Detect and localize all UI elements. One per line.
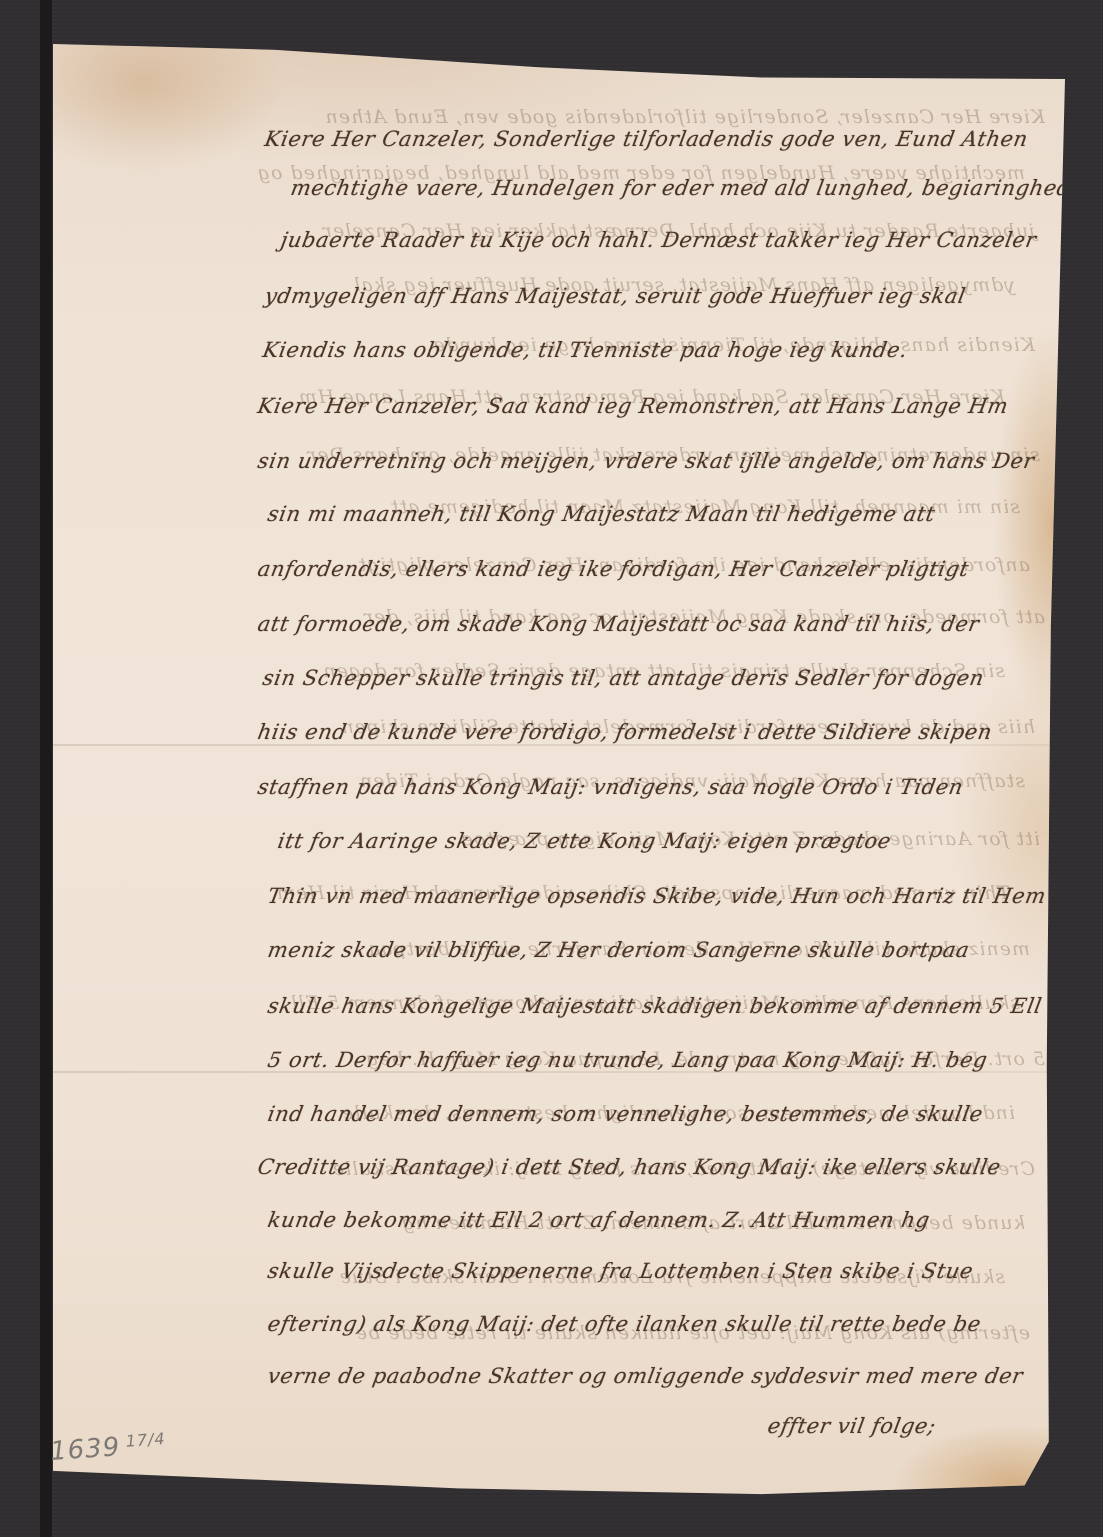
letter-line: jubaerte Raader tu Kije och hahl. Dernæs… [279,228,1039,252]
letter-line: skulle hans Kongelige Maijestatt skadige… [266,994,1044,1018]
letter-line: ind handel med dennem, som vennelighe, b… [266,1102,985,1126]
annotation-day-month: 17/4 [125,1429,166,1451]
letter-line-closing: effter vil folge; [766,1414,938,1438]
annotation-year: 1639 [49,1432,121,1467]
letter-line: att formoede, om skade Kong Maijestatt o… [256,612,982,636]
binding-edge [40,0,52,1537]
letter-line: mechtighe vaere, Hundelgen for eder med … [289,176,1103,200]
manuscript-page: Kiere Her Canzeler, Sonderlige tilforlad… [53,44,1065,1500]
letter-line: Kiendis hans obligende, til Tienniste pa… [261,338,910,362]
letter-line: eftering) als Kong Maij: det ofte ilanke… [266,1312,983,1336]
letter-line: sin underretning och meijgen, vrdere ska… [256,449,1037,473]
letter-line: Kiere Her Canzeler, Sonderlige tilforlad… [263,127,1030,151]
letter-line: 5 ort. Derfor haffuer ieg nu trunde, Lan… [266,1048,990,1072]
letter-body: Kiere Her Canzeler, Sonderlige tilforlad… [53,44,1065,1500]
letter-line: skulle Vijsdecte Skippenerne fra Lottemb… [266,1259,975,1283]
letter-line: ydmygeligen aff Hans Maijestat, seruit g… [263,284,968,308]
letter-line: Kiere Her Canzeler, Saa kand ieg Remonst… [256,394,1010,418]
letter-line: kunde bekomme itt Ell 2 ort af dennem. Z… [266,1208,932,1232]
letter-line: verne de paabodne Skatter og omliggende … [266,1364,1025,1388]
letter-line: itt for Aaringe skade, Z ette Kong Maij:… [276,829,893,853]
letter-line: Thin vn med maanerlige opsendis Skibe, v… [266,884,1048,908]
letter-line: hiis end de kunde vere fordigo, formedel… [256,720,994,744]
letter-line: sin Schepper skulle tringis til, att ant… [261,666,986,690]
letter-line: sin mi maanneh, till Kong Maijestatz Maa… [266,502,937,526]
letter-line: meniz skade vil bliffue, Z Her deriom Sa… [266,938,972,962]
letter-line: staffnen paa hans Kong Maij: vndigens, s… [256,775,965,799]
letter-line: Creditte vij Rantage) i dett Sted, hans … [256,1155,1003,1179]
letter-line: anfordendis, ellers kand ieg ike fordiga… [256,557,971,581]
